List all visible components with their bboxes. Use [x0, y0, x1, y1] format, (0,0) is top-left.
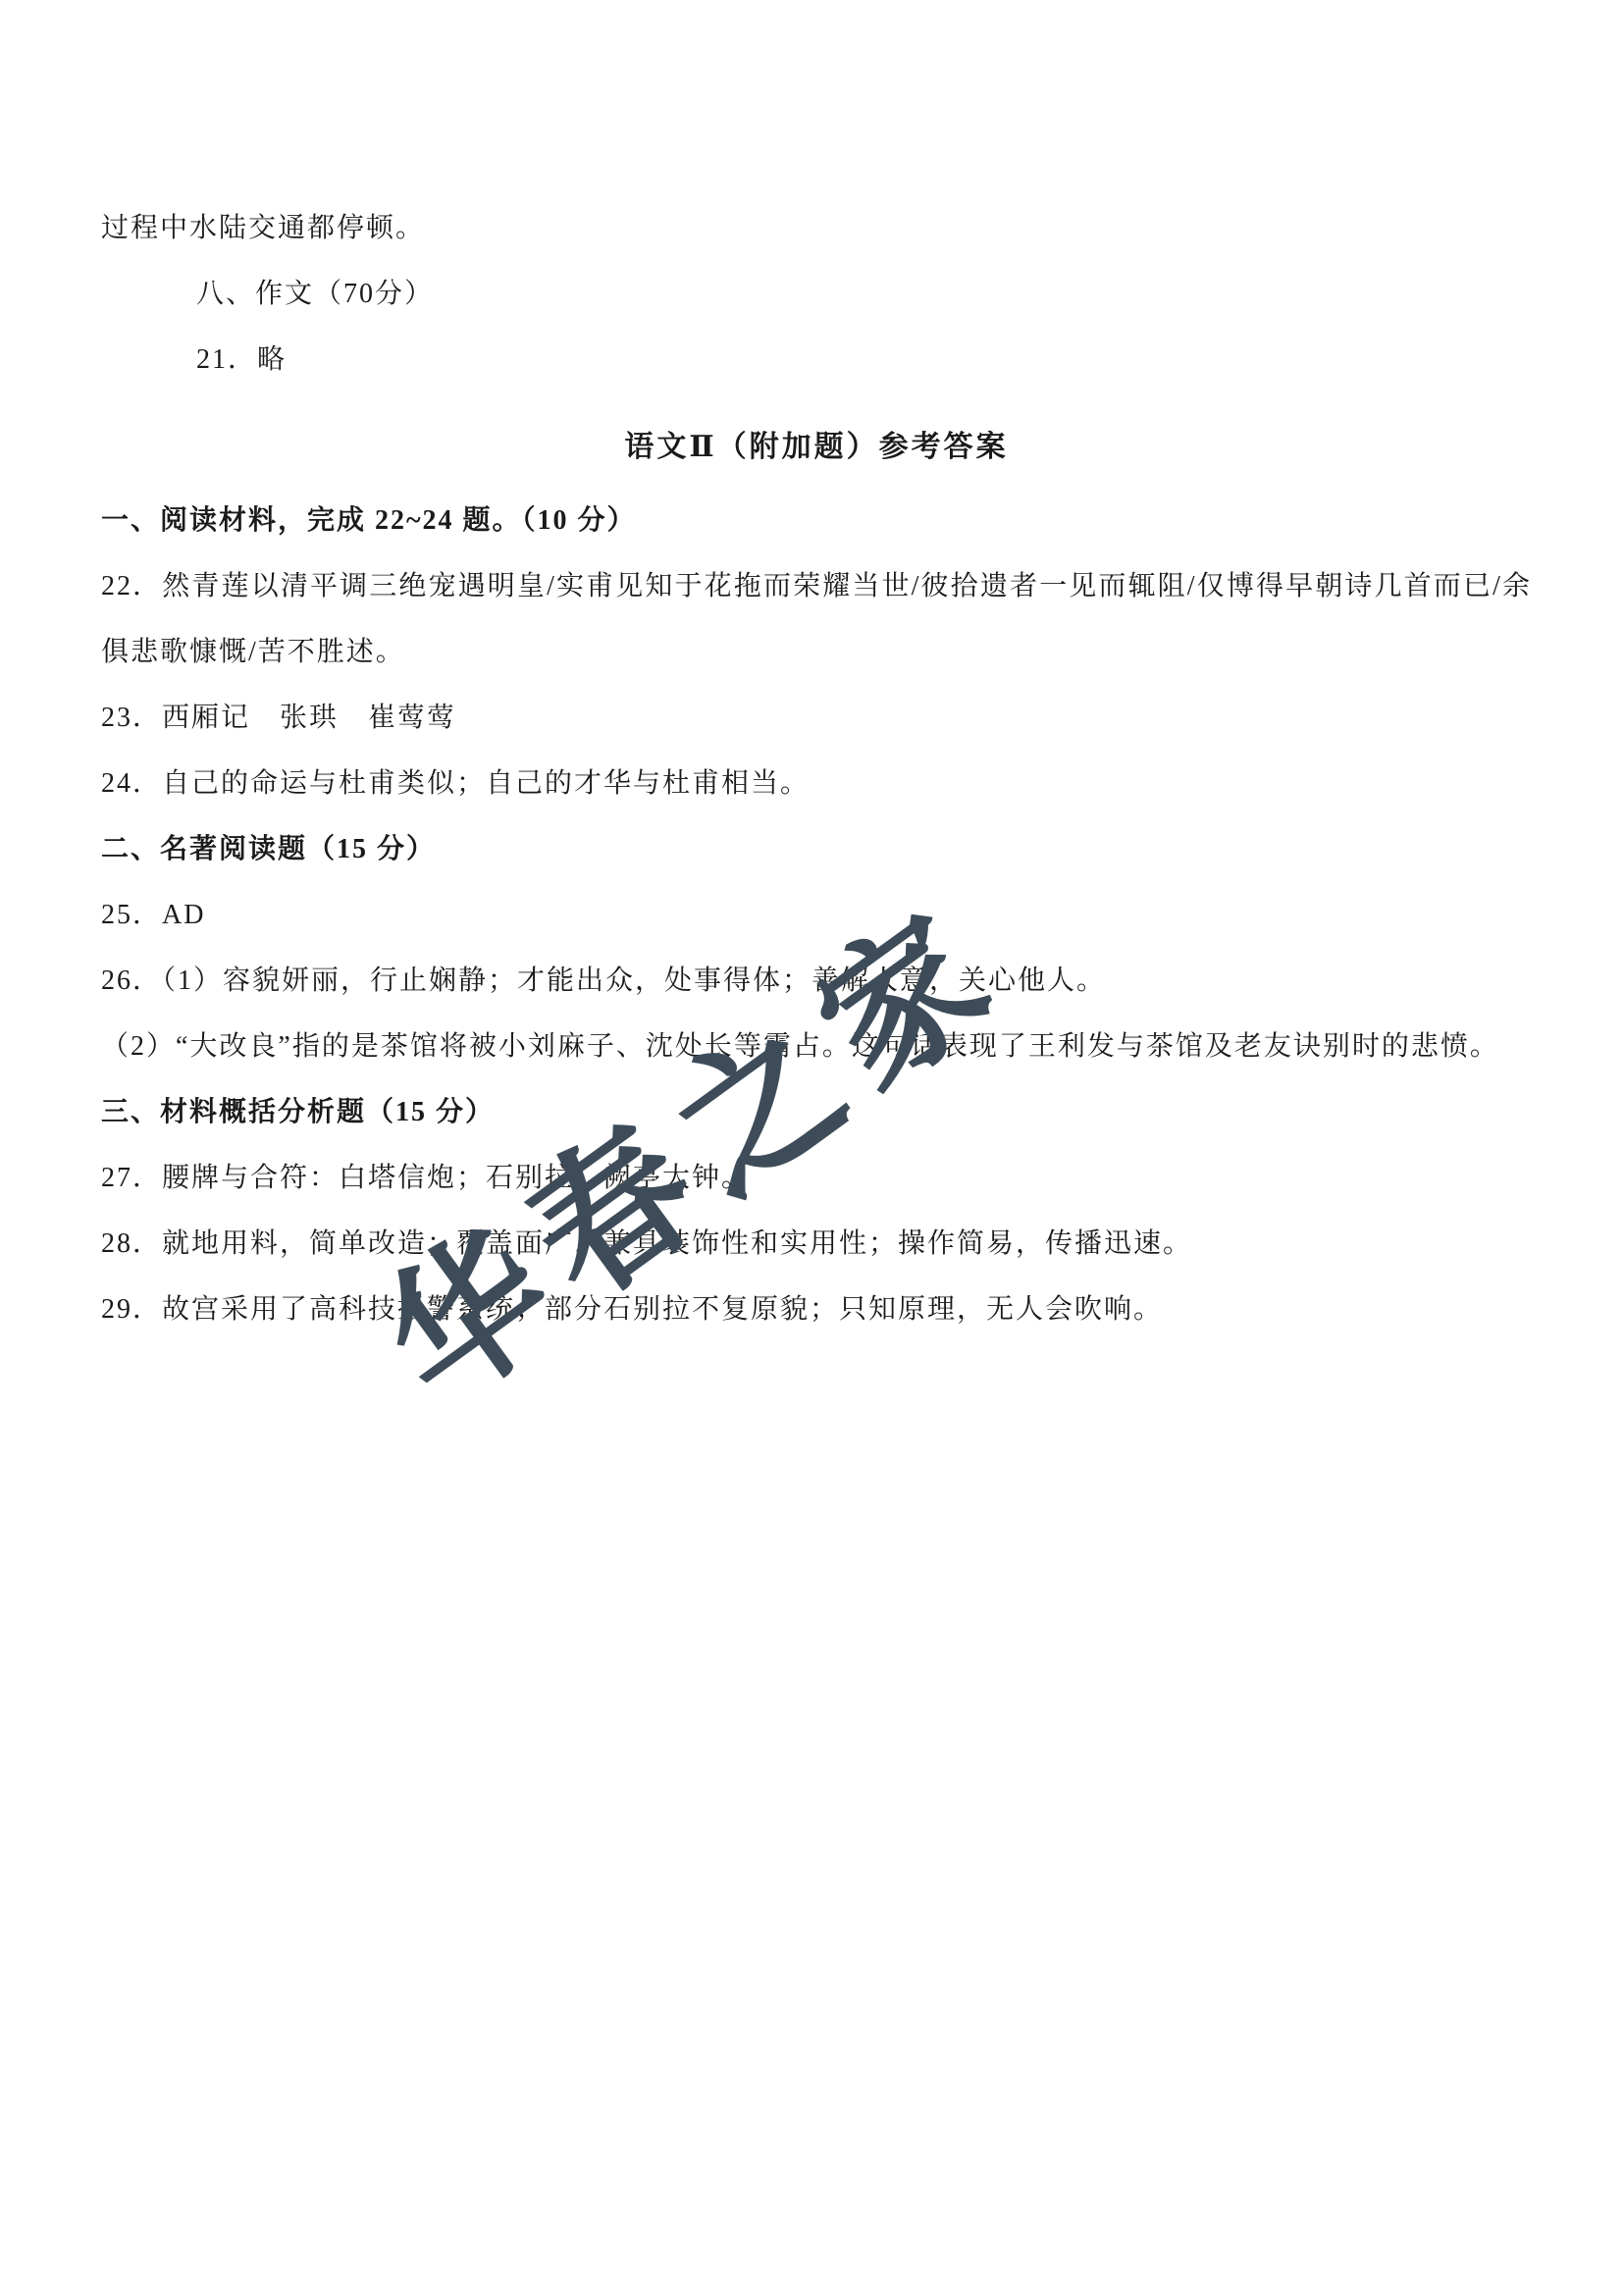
document-page: 过程中水陆交通都停顿。八、作文（70分）21．略语文Ⅱ（附加题）参考答案一、阅读… [0, 0, 1623, 2296]
answer-23: 23．西厢记 张珙 崔莺莺 [101, 685, 1532, 751]
paper-title: 语文Ⅱ（附加题）参考答案 [101, 414, 1532, 480]
answer-22: 22．然青莲以清平调三绝宠遇明皇/实甫见知于花拖而荣耀当世/彼拾遗者一见而辄阻/… [101, 553, 1532, 685]
closing-line: 过程中水陆交通都停顿。 [101, 195, 1532, 261]
answer-28: 28．就地用料，简单改造；覆盖面广，兼具装饰性和实用性；操作简易，传播迅速。 [101, 1211, 1532, 1277]
item-21: 21．略 [101, 327, 1532, 392]
section-2-heading: 二、名著阅读题（15 分） [101, 816, 1532, 882]
section-1-heading: 一、阅读材料，完成 22~24 题。（10 分） [101, 488, 1532, 553]
section-8-heading: 八、作文（70分） [101, 261, 1532, 327]
answer-29: 29．故宫采用了高科技报警系统；部分石别拉不复原貌；只知原理，无人会吹响。 [101, 1277, 1532, 1342]
answer-24: 24．自己的命运与杜甫类似；自己的才华与杜甫相当。 [101, 751, 1532, 816]
